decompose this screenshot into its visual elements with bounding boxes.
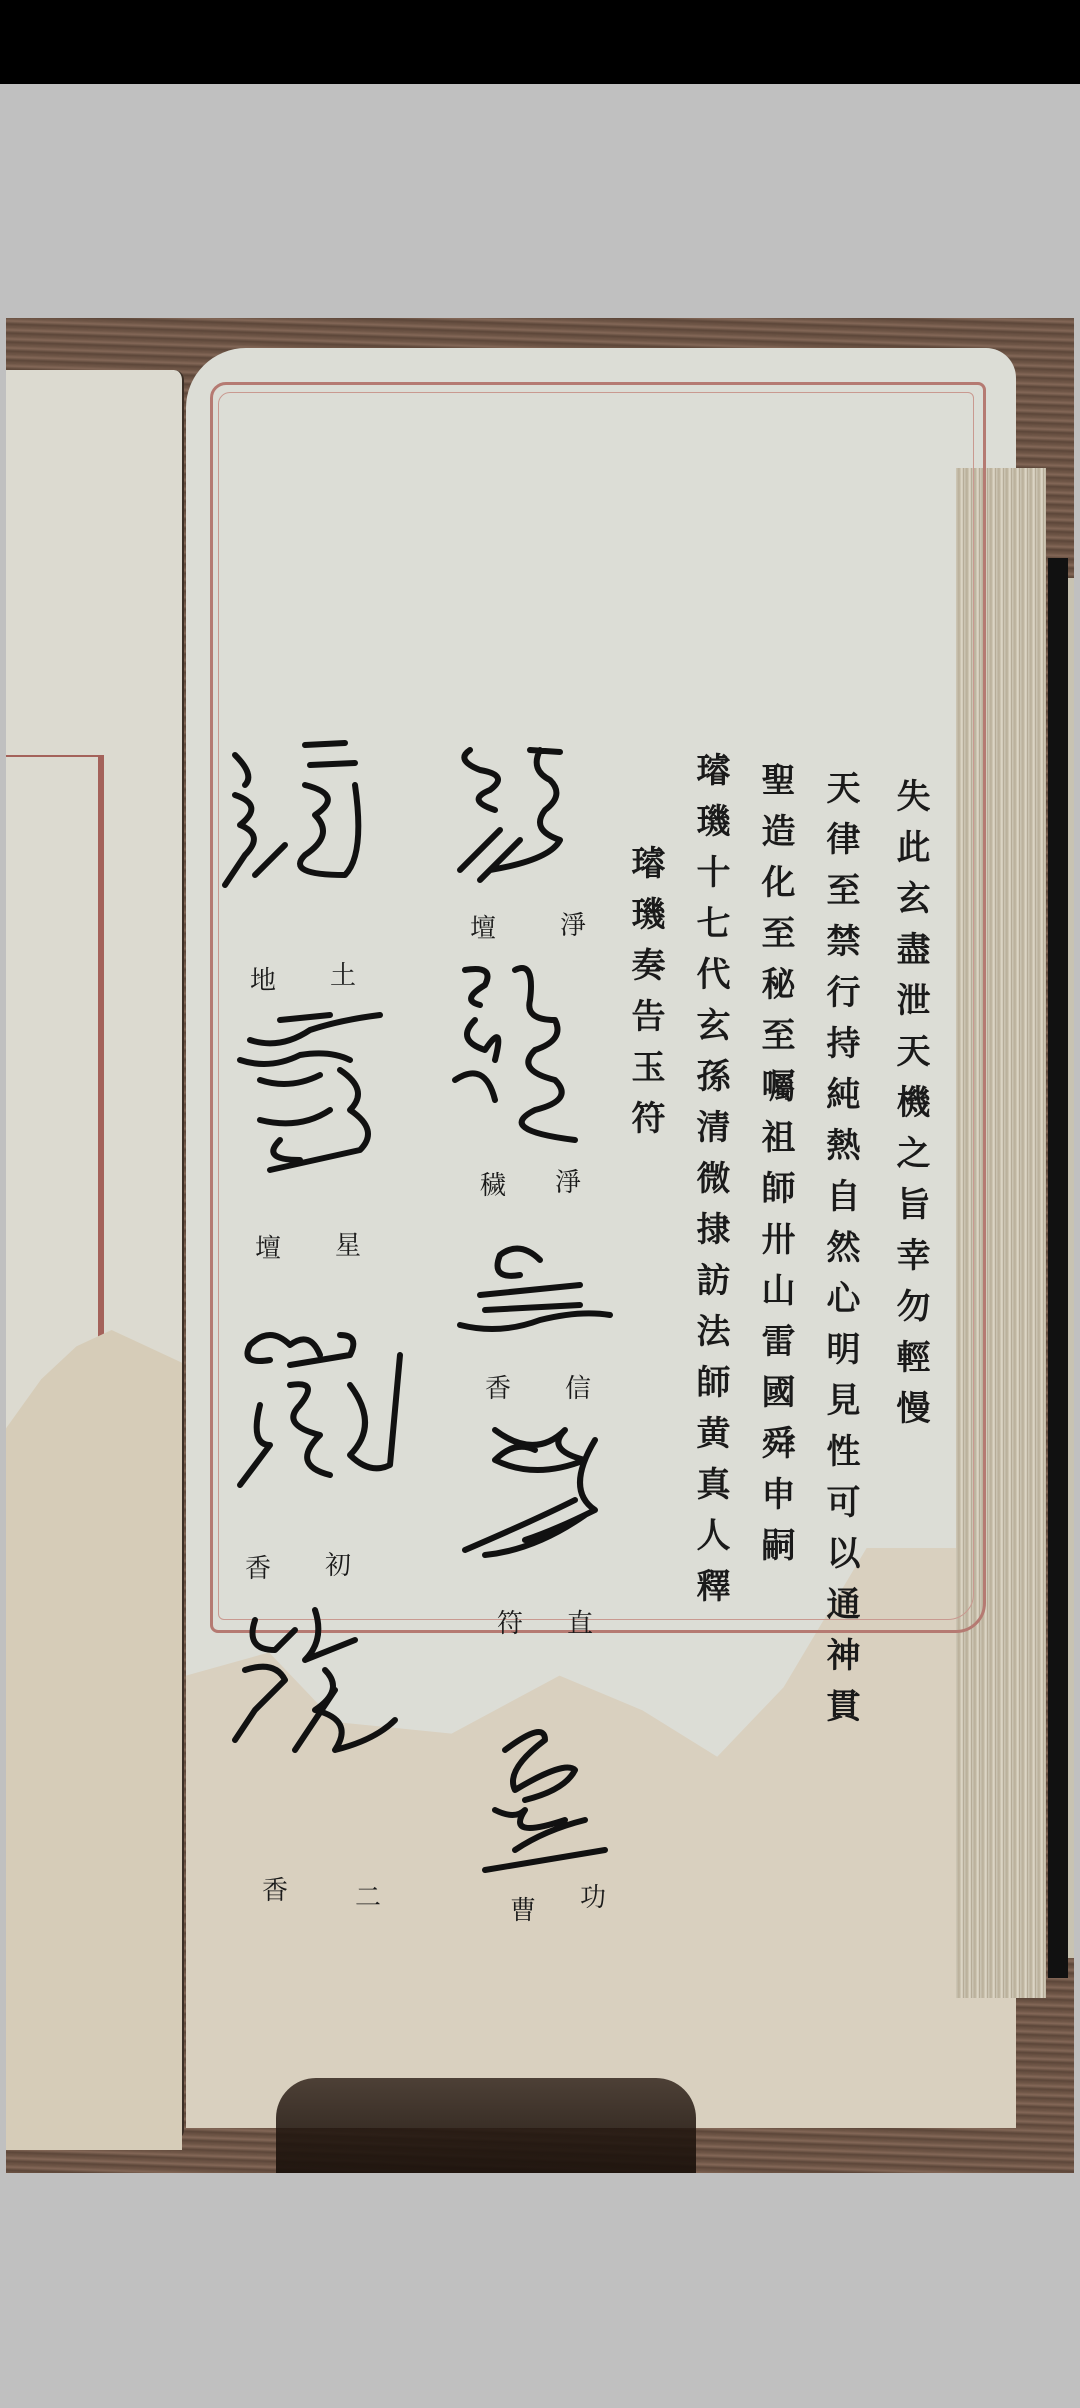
- text-column-3: 聖造化至秘至囑祖師卅山雷國舜申嗣: [755, 762, 795, 1578]
- talisman-label: 土: [330, 955, 356, 992]
- talisman-label: 壇: [470, 908, 496, 945]
- text-column-2: 天律至禁行持純熱自然心明見性可以通神貫: [820, 770, 860, 1739]
- talisman-jinghui: [455, 960, 605, 1164]
- status-bar: [0, 0, 1080, 84]
- talisman-label: 功: [580, 1877, 606, 1914]
- text-column-5: 璿璣奏告玉符: [625, 845, 665, 1151]
- letterbox-bottom: [0, 2173, 1080, 2408]
- talisman-label: 香: [262, 1870, 288, 1907]
- talisman-gongcao: [485, 1720, 615, 1884]
- letterbox-top: [0, 84, 1080, 318]
- spine-shadow: [1048, 558, 1068, 1978]
- talisman-label: 香: [245, 1548, 271, 1585]
- phone-shadow: [276, 2078, 696, 2173]
- talisman-xingtan: [240, 1010, 400, 1184]
- talisman-label: 二: [355, 1877, 381, 1914]
- talisman-label: 信: [565, 1368, 591, 1405]
- talisman-label: 壇: [255, 1228, 281, 1265]
- talisman-xinxiang: [460, 1240, 620, 1344]
- text-column-1: 失此玄盡泄天機之旨幸勿輕慢: [890, 778, 930, 1441]
- talisman-label: 星: [335, 1225, 361, 1262]
- left-page: [6, 370, 184, 2140]
- talisman-label: 地: [250, 960, 276, 997]
- talisman-label: 初: [325, 1545, 351, 1582]
- water-stain-left: [6, 1330, 182, 2150]
- talisman-label: 符: [497, 1603, 523, 1640]
- text-column-4: 璿璣十七代玄孫清微捸訪法師黄真人釋: [690, 752, 730, 1619]
- talisman-label: 香: [485, 1368, 511, 1405]
- talisman-jingtan: [450, 740, 590, 894]
- talisman-label: 穢: [480, 1165, 506, 1202]
- talisman-tudi: [225, 735, 365, 919]
- talisman-label: 淨: [555, 1162, 581, 1199]
- talisman-zhifu: [455, 1420, 615, 1564]
- talisman-label: 淨: [560, 905, 586, 942]
- talisman-label: 直: [567, 1603, 593, 1640]
- talisman-chuxiang: [230, 1325, 400, 1509]
- talisman-label: 曹: [510, 1890, 536, 1927]
- talisman-erxiang: [235, 1600, 395, 1774]
